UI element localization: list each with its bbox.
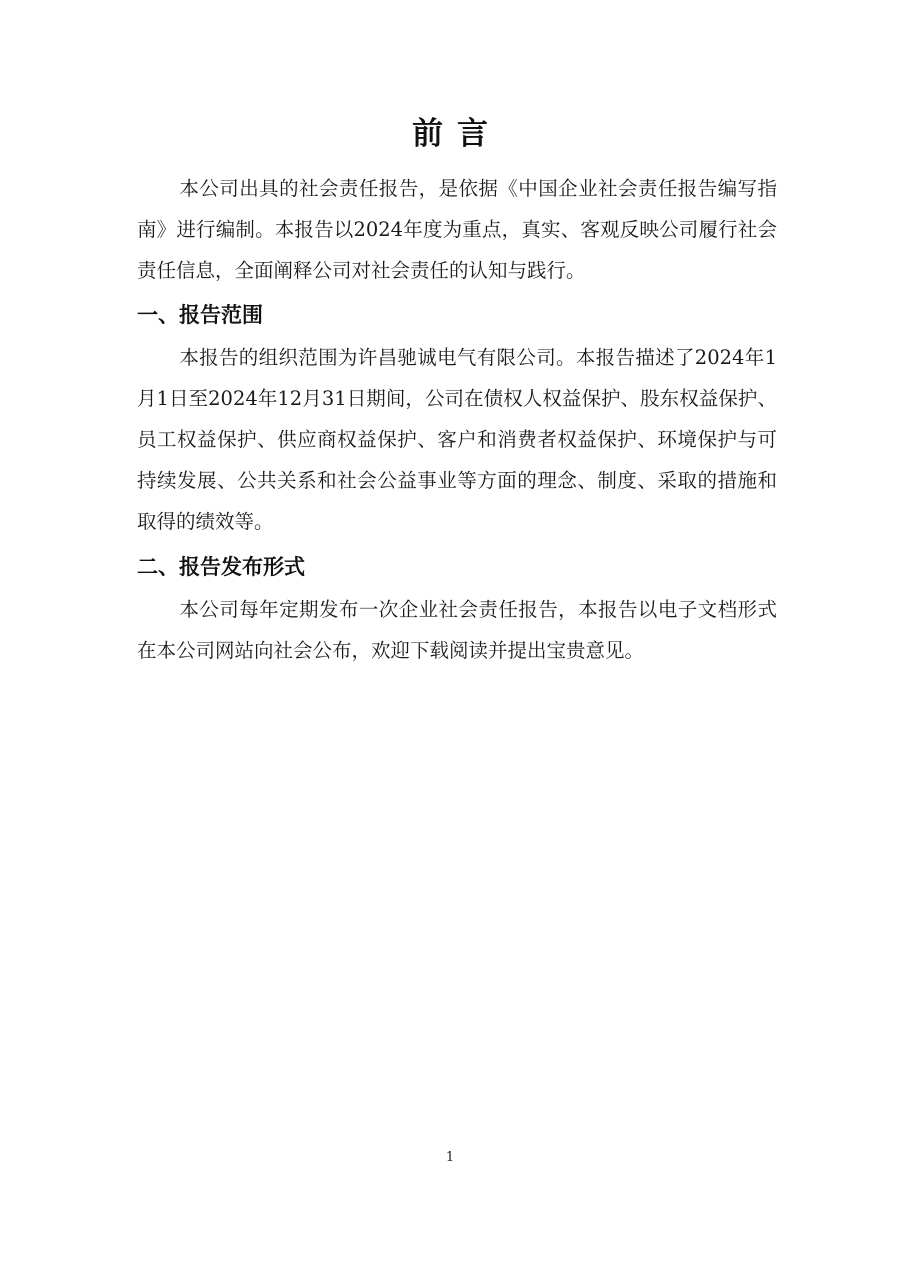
intro-text: 本公司出具的社会责任报告，是依据《中国企业社会责任报告编写指南》进行编制。本报告…: [137, 177, 777, 282]
section-heading-publication: 二、报告发布形式: [137, 551, 305, 581]
page-number: 1: [0, 1150, 900, 1165]
intro-paragraph: 本公司出具的社会责任报告，是依据《中国企业社会责任报告编写指南》进行编制。本报告…: [137, 168, 777, 291]
section-heading-scope: 一、报告范围: [137, 299, 263, 329]
scope-paragraph: 本报告的组织范围为许昌驰诚电气有限公司。本报告描述了2024年1月1日至2024…: [137, 337, 777, 542]
publication-paragraph: 本公司每年定期发布一次企业社会责任报告，本报告以电子文档形式在本公司网站向社会公…: [137, 589, 777, 671]
scope-text: 本报告的组织范围为许昌驰诚电气有限公司。本报告描述了2024年1月1日至2024…: [137, 346, 777, 533]
publication-text: 本公司每年定期发布一次企业社会责任报告，本报告以电子文档形式在本公司网站向社会公…: [137, 598, 777, 662]
page-title: 前言: [0, 108, 900, 153]
